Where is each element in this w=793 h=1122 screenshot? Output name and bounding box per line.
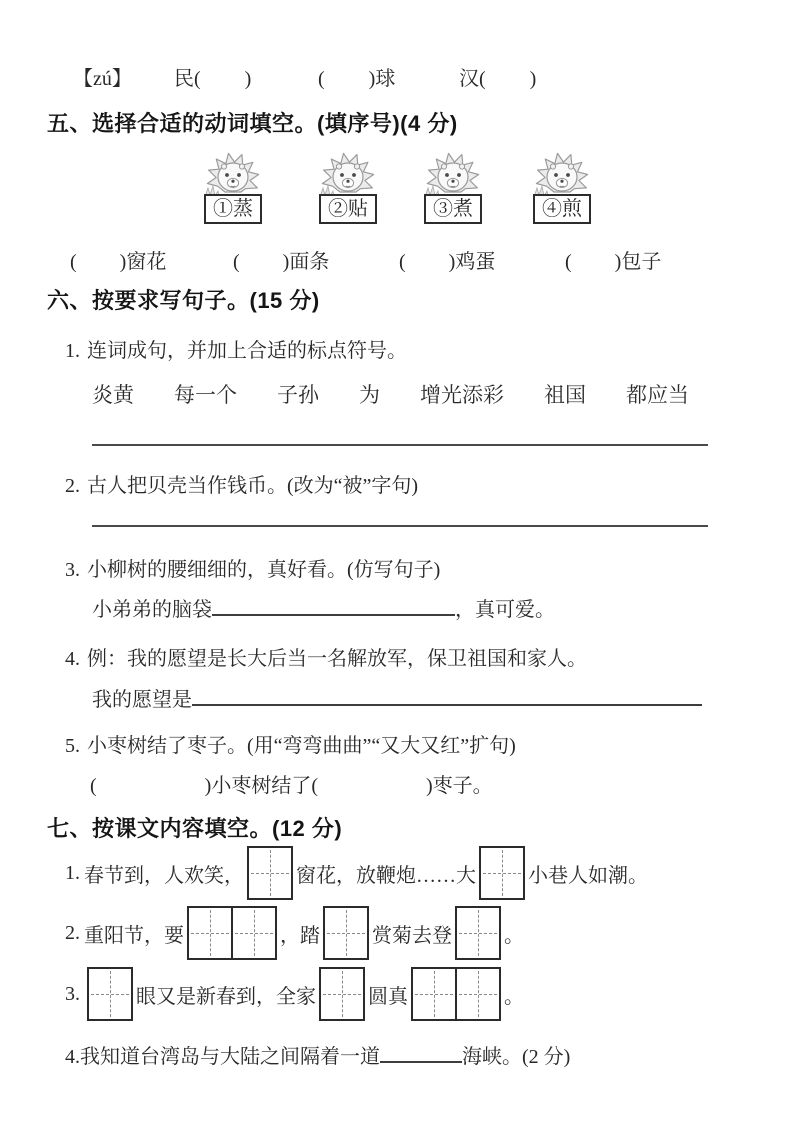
verb-option: ③煮 — [414, 150, 492, 224]
question-text: 眼又是新春到，全家 — [136, 980, 316, 1009]
question-text: 连词成句，并加上合适的标点符号。 — [87, 334, 407, 363]
question-number: 1. — [65, 862, 80, 885]
verb-option-label: ④煎 — [533, 194, 591, 224]
word-list: 炎黄每一个子孙为增光添彩祖国都应当 — [92, 379, 689, 409]
hedgehog-icon — [318, 150, 378, 200]
question-item-6-5-answer: ()小枣树结了()枣子。 — [90, 769, 493, 798]
verb-answer-item: ()包子 — [565, 245, 661, 274]
sentence-prefix: 我的愿望是 — [92, 689, 192, 711]
question-number: 3. — [65, 559, 80, 582]
blank-close: )包子 — [615, 251, 662, 273]
sentence-suffix: ，真可爱。 — [455, 599, 555, 621]
question-item-6-3-answer: 小弟弟的脑袋，真可爱。 — [92, 593, 555, 622]
section6-heading: 六、按要求写句子。(15 分) — [47, 284, 320, 315]
character-box[interactable] — [319, 967, 365, 1021]
character-box[interactable] — [247, 846, 293, 900]
hedgehog-icon — [532, 150, 592, 200]
character-box[interactable] — [87, 967, 133, 1021]
word-token: 每一个 — [174, 379, 237, 409]
word-token: 增光添彩 — [420, 379, 504, 409]
question-item-6-2: 2. 古人把贝壳当作钱币。(改为“被”字句) — [65, 469, 418, 498]
blank-close: )鸡蛋 — [449, 251, 496, 273]
answer-line[interactable] — [212, 600, 455, 616]
answer-line[interactable] — [92, 525, 708, 527]
question-item-7-3: 3. 眼又是新春到，全家圆真。 — [65, 964, 524, 1024]
character-box[interactable] — [455, 967, 501, 1021]
question-item-6-4-answer: 我的愿望是 — [92, 683, 702, 712]
blank-open: 汉( — [459, 68, 486, 90]
question-text: 春节到，人欢笑， — [84, 859, 244, 888]
blank-open: ( — [399, 251, 406, 273]
character-box-group — [87, 967, 133, 1021]
blank-open: 民( — [174, 68, 201, 90]
question-text: 。 — [504, 919, 524, 948]
verb-option-label: ③煮 — [424, 194, 482, 224]
hedgehog-icon — [423, 150, 483, 200]
question-text: 圆真 — [368, 980, 408, 1009]
question-number: 2. — [65, 475, 80, 498]
blank-close: )窗花 — [120, 251, 167, 273]
verb-option: ④煎 — [523, 150, 601, 224]
fill-word-item: 汉() — [459, 62, 536, 91]
blank-close: ) — [245, 68, 252, 90]
question-number: 1. — [65, 340, 80, 363]
verb-answer-item: ()鸡蛋 — [399, 245, 495, 274]
question-item-7-2: 2. 重阳节，要，踏赏菊去登。 — [65, 904, 524, 962]
sentence-suffix: 海峡。(2 分) — [462, 1046, 570, 1068]
word-token: 子孙 — [277, 379, 319, 409]
character-box[interactable] — [231, 906, 277, 960]
question-text: 小枣树结了枣子。(用“弯弯曲曲”“又大又红”扩句) — [87, 729, 516, 758]
character-box[interactable] — [479, 846, 525, 900]
question-text: 。 — [504, 980, 524, 1009]
question-item-6-5: 5. 小枣树结了枣子。(用“弯弯曲曲”“又大又红”扩句) — [65, 729, 516, 758]
answer-line[interactable] — [92, 444, 708, 446]
character-box-group — [247, 846, 293, 900]
word-token: 祖国 — [544, 379, 586, 409]
verb-option-label: ①蒸 — [204, 194, 262, 224]
section5-heading: 五、选择合适的动词填空。(填序号)(4 分) — [47, 107, 458, 138]
word-token: 都应当 — [626, 379, 689, 409]
word-token: 为 — [359, 379, 380, 409]
blank-open: ( — [70, 251, 77, 273]
verb-answer-item: ()窗花 — [70, 245, 166, 274]
character-box-group — [455, 906, 501, 960]
blank-close: )面条 — [283, 251, 330, 273]
question-number: 3. — [65, 983, 80, 1006]
sentence-middle: )小枣树结了( — [205, 775, 318, 797]
question-text: 小巷人如潮。 — [528, 859, 648, 888]
question-text: 小柳树的腰细细的，真好看。(仿写句子) — [87, 553, 440, 582]
answer-line[interactable] — [192, 690, 702, 706]
question-number: 2. — [65, 922, 80, 945]
verb-options-row: ①蒸②贴③煮④煎 — [0, 150, 793, 240]
question-text: 重阳节，要 — [84, 919, 184, 948]
question-text: 窗花，放鞭炮……大 — [296, 859, 476, 888]
character-box-group — [479, 846, 525, 900]
verb-option: ②贴 — [309, 150, 387, 224]
question-text: 例：我的愿望是长大后当一名解放军，保卫祖国和家人。 — [87, 642, 587, 671]
character-box-group — [319, 967, 365, 1021]
question-item-6-4: 4. 例：我的愿望是长大后当一名解放军，保卫祖国和家人。 — [65, 642, 587, 671]
question-number: 4. — [65, 1046, 80, 1068]
word-token: 炎黄 — [92, 379, 134, 409]
blank-open: ( — [565, 251, 572, 273]
question-item-7-4: 4.我知道台湾岛与大陆之间隔着一道海峡。(2 分) — [65, 1040, 570, 1069]
character-box[interactable] — [187, 906, 233, 960]
character-box[interactable] — [323, 906, 369, 960]
blank-open: ( — [233, 251, 240, 273]
blank-close: )球 — [369, 68, 396, 90]
answer-line[interactable] — [380, 1047, 462, 1063]
question-text: 赏菊去登 — [372, 919, 452, 948]
hedgehog-icon — [203, 150, 263, 200]
character-box[interactable] — [455, 906, 501, 960]
question-number: 5. — [65, 735, 80, 758]
question-text: 古人把贝壳当作钱币。(改为“被”字句) — [87, 469, 418, 498]
worksheet-page: 【zú】 民() ()球 汉() 五、选择合适的动词填空。(填序号)(4 分) … — [0, 0, 793, 1122]
character-box-group — [187, 906, 277, 960]
verb-answer-item: ()面条 — [233, 245, 329, 274]
question-item-6-1: 1. 连词成句，并加上合适的标点符号。 — [65, 334, 407, 363]
fill-word-item: 民() — [174, 62, 251, 91]
question-item-7-1: 1. 春节到，人欢笑，窗花，放鞭炮……大小巷人如潮。 — [65, 844, 648, 902]
blank-close: ) — [530, 68, 537, 90]
sentence-prefix: 小弟弟的脑袋 — [92, 599, 212, 621]
sentence-prefix: 我知道台湾岛与大陆之间隔着一道 — [80, 1046, 380, 1068]
character-box-group — [411, 967, 501, 1021]
sentence-suffix: )枣子。 — [426, 775, 493, 797]
blank-open: ( — [318, 68, 325, 90]
blank-open: ( — [90, 775, 97, 797]
section7-heading: 七、按课文内容填空。(12 分) — [47, 812, 342, 843]
pinyin-label: 【zú】 — [73, 62, 132, 91]
verb-option: ①蒸 — [194, 150, 272, 224]
character-box-group — [323, 906, 369, 960]
question-number: 4. — [65, 648, 80, 671]
question-item-6-3: 3. 小柳树的腰细细的，真好看。(仿写句子) — [65, 553, 440, 582]
character-box[interactable] — [411, 967, 457, 1021]
fill-word-item: ()球 — [318, 62, 395, 91]
question-text: ，踏 — [280, 919, 320, 948]
verb-option-label: ②贴 — [319, 194, 377, 224]
